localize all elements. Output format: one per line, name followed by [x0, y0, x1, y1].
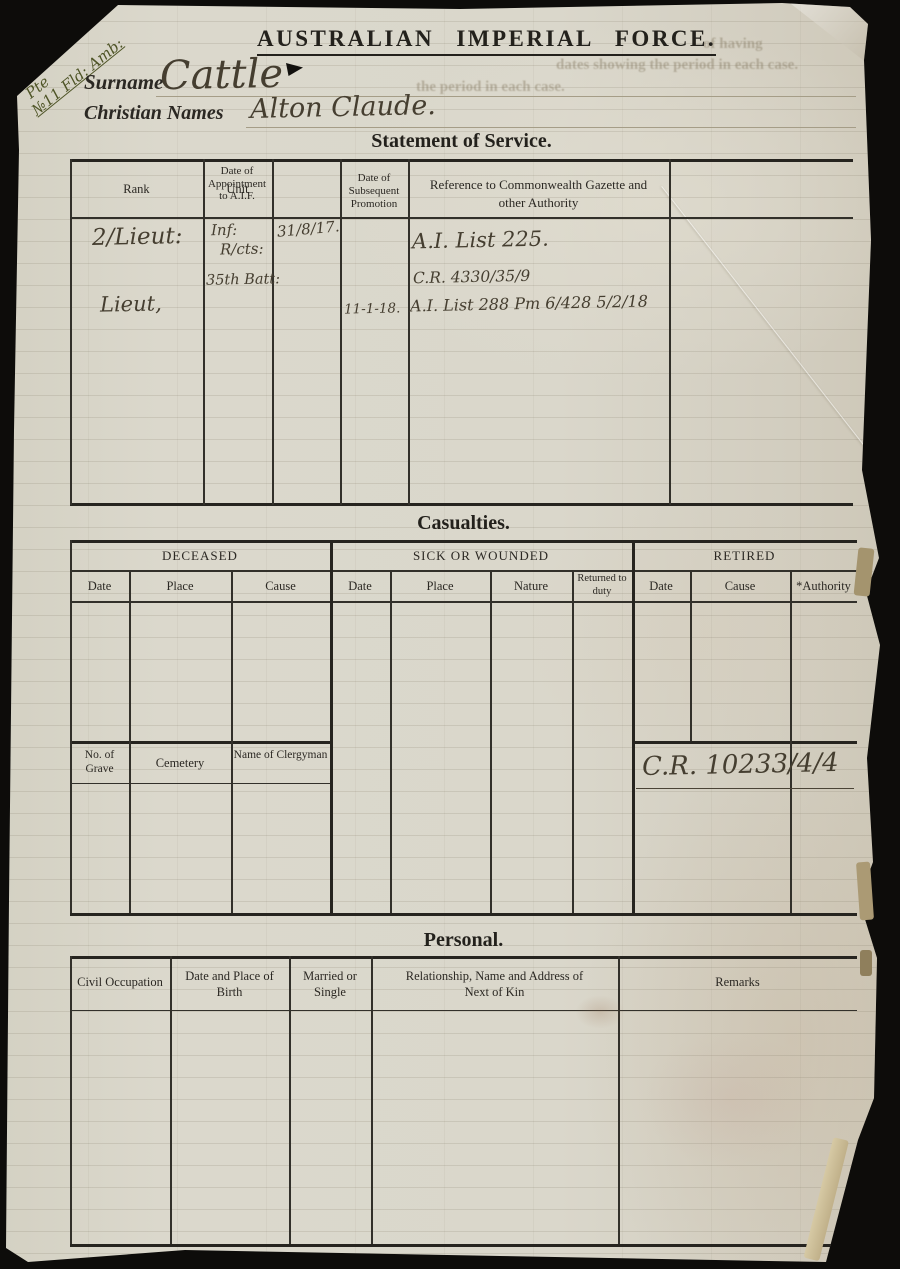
unit-entry-2: R/cts:	[220, 240, 264, 259]
scanned-form-page: of having dates showing the period in ea…	[0, 0, 900, 1269]
grid-line	[408, 159, 410, 505]
grid-line	[330, 540, 333, 913]
surname-label: Surname	[84, 70, 163, 95]
column-header-birth: Date and Place of Birth	[178, 968, 281, 1001]
column-header-appointment-date: Date of Appointment to A.I.F.	[205, 165, 269, 203]
rank-entry-2: Lieut,	[100, 291, 162, 316]
table-rule	[70, 601, 857, 603]
grid-line	[632, 540, 635, 913]
column-header-date: Date	[70, 579, 129, 594]
grid-line	[790, 570, 792, 913]
grid-line	[170, 956, 172, 1244]
personal-heading: Personal.	[70, 929, 857, 952]
grid-line	[203, 159, 205, 505]
reference-entry-2: C.R. 4330/35/9	[413, 267, 531, 287]
surname-value: Cattle	[160, 51, 284, 100]
grid-line	[70, 956, 72, 1244]
grid-line	[572, 570, 574, 913]
table-rule	[632, 741, 857, 744]
bleed-through-text: dates showing the period in each case.	[556, 57, 798, 74]
column-header-rank: Rank	[70, 182, 203, 197]
grid-line	[129, 570, 131, 913]
christian-names-value: Alton Claude.	[250, 90, 436, 125]
grid-line	[390, 570, 392, 913]
grid-line	[70, 159, 72, 505]
torn-edge-fragment	[860, 950, 872, 976]
column-header-civil-occupation: Civil Occupation	[70, 975, 170, 990]
table-rule	[70, 783, 330, 784]
table-rule	[70, 503, 853, 506]
christian-names-rule	[246, 127, 856, 128]
column-header-nature: Nature	[490, 579, 572, 594]
torn-edge-fragment	[854, 547, 875, 596]
column-header-place: Place	[390, 579, 490, 594]
grid-line	[669, 159, 671, 505]
retired-authority-entry: C.R. 10233/4/4	[642, 748, 839, 782]
column-header-promotion-date: Date of Subsequent Promotion	[342, 172, 406, 212]
paper-hole	[286, 63, 303, 76]
christian-names-label: Christian Names	[84, 102, 223, 125]
bleed-through-text: the period in each case.	[416, 79, 565, 96]
column-header-grave-number: No. of Grave	[70, 748, 129, 777]
table-rule	[70, 159, 853, 162]
top-right-fold	[786, 0, 868, 64]
column-header-next-of-kin: Relationship, Name and Address of Next o…	[396, 968, 593, 1001]
table-rule	[70, 1010, 857, 1011]
column-header-cemetery: Cemetery	[129, 756, 231, 771]
diagonal-crease	[661, 186, 871, 455]
table-rule	[70, 1244, 857, 1247]
table-rule	[70, 913, 857, 916]
group-header-sick-or-wounded: SICK OR WOUNDED	[330, 548, 632, 564]
column-header-cause: Cause	[690, 579, 790, 594]
column-header-clergyman: Name of Clergyman	[231, 748, 330, 762]
column-header-authority: *Authority	[790, 579, 857, 594]
grid-line	[490, 570, 492, 913]
column-header-date: Date	[330, 579, 390, 594]
grid-line	[231, 570, 233, 913]
table-rule	[70, 956, 857, 959]
reference-entry-1: A.I. List 225.	[412, 227, 549, 254]
statement-of-service-heading: Statement of Service.	[70, 130, 853, 153]
rank-entry-1: 2/Lieut:	[92, 223, 183, 251]
column-header-married-or-single: Married or Single	[297, 968, 363, 1001]
table-rule	[70, 217, 853, 219]
grid-line	[690, 570, 692, 741]
column-header-cause: Cause	[231, 579, 330, 594]
column-header-returned-to-duty: Returned to duty	[572, 573, 632, 598]
group-header-retired: RETIRED	[632, 548, 857, 564]
column-header-place: Place	[129, 579, 231, 594]
group-header-deceased: DECEASED	[70, 548, 330, 564]
unit-entry-1: Inf:	[211, 221, 238, 240]
table-rule	[70, 741, 330, 744]
promotion-date-entry: 11-1-18.	[344, 300, 401, 317]
appointment-date-entry: 31/8/17.	[276, 217, 340, 240]
handwritten-underline	[636, 788, 854, 789]
column-header-remarks: Remarks	[618, 975, 857, 990]
grid-line	[289, 956, 291, 1244]
grid-line	[70, 540, 72, 913]
grid-line	[618, 956, 620, 1244]
casualties-heading: Casualties.	[70, 512, 857, 535]
unit-entry-3: 35th Batt:	[206, 271, 280, 289]
page-title: AUSTRALIAN IMPERIAL FORCE.	[257, 26, 716, 56]
torn-edge-fragment	[856, 862, 874, 921]
table-rule	[70, 570, 857, 572]
paper-stain	[640, 1030, 820, 1170]
reference-entry-3: A.I. List 288 Pm 6/428 5/2/18	[410, 292, 648, 316]
grid-line	[371, 956, 373, 1244]
grid-line	[272, 159, 274, 505]
column-header-date: Date	[632, 579, 690, 594]
paper-stain	[575, 995, 625, 1029]
table-rule	[70, 540, 857, 543]
column-header-gazette-reference: Reference to Commonwealth Gazette and ot…	[418, 176, 659, 211]
